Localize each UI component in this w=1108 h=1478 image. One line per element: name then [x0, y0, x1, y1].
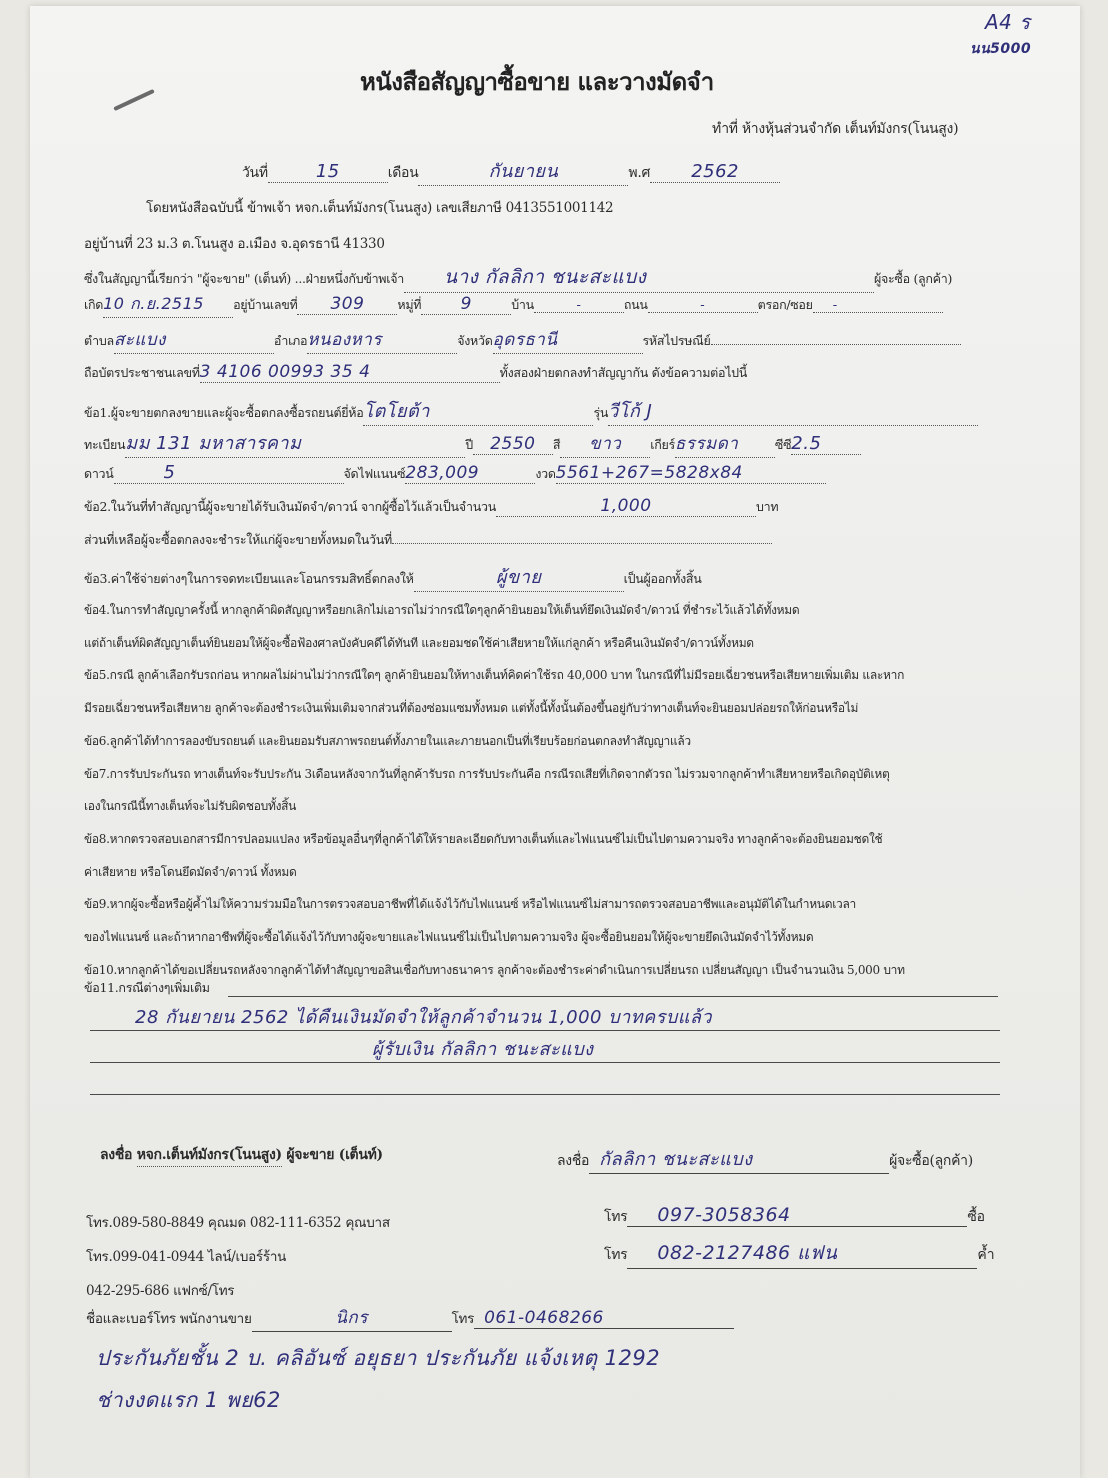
model-label: รุ่น — [593, 405, 608, 420]
day-label: วันที่ — [242, 165, 268, 181]
salesperson-phone-label: โทร — [452, 1311, 475, 1327]
plate-value: มม 131 มหาสารคาม — [125, 433, 301, 454]
clause3-label: ข้อ3.ค่าใช้จ่ายต่างๆในการจดทะเบียนและโอน… — [84, 571, 414, 586]
buyer-sign-label: ลงชื่อ — [557, 1153, 589, 1169]
month-value: กันยายน — [489, 161, 559, 182]
village-label: บ้าน — [511, 297, 534, 312]
alley-label: ตรอก/ซอย — [758, 297, 813, 312]
born-value: 10 ก.ย.2515 — [103, 294, 204, 313]
model-value: วีโก้ J — [608, 401, 652, 422]
seller-role: ผู้จะขาย (เต็นท์) — [286, 1147, 382, 1163]
gear-value: ธรรมดา — [675, 434, 738, 454]
buyer-location-row: ตำบลสะแบงอำเภอหนองหารจังหวัดอุดรธานีรหัส… — [84, 326, 961, 354]
subdistrict-label: ตำบล — [84, 333, 114, 348]
vehicle-year-value: 2550 — [490, 434, 535, 454]
made-at: ทำที่ ห้างหุ้นส่วนจำกัด เต็นท์มังกร(โนนส… — [712, 118, 958, 140]
id-suffix: ทั้งสองฝ่ายตกลงทำสัญญากัน ดังข้อความต่อไ… — [500, 365, 747, 380]
salesperson-name: นิกร — [335, 1308, 368, 1328]
clauses-list: ข้อ4.ในการทำสัญญาครั้งนี้ หากลูกค้าผิดสั… — [84, 594, 905, 986]
vehicle-year-label: ปี — [465, 437, 473, 452]
day-value: 15 — [316, 161, 340, 182]
id-value: 3 4106 00993 35 4 — [200, 362, 371, 382]
id-label: ถือบัตรประชาชนเลขที่ — [84, 365, 200, 380]
color-label: สี — [553, 437, 560, 452]
seller-contacts: โทร.089-580-8849 คุณมด 082-111-6352 คุณบ… — [86, 1206, 390, 1308]
road-value: - — [700, 297, 705, 312]
house-no-label: อยู่บ้านเลขที่ — [233, 297, 297, 312]
note-line — [90, 1094, 1000, 1095]
deposit-amount: 1,000 — [600, 496, 651, 516]
guarantor-phone-row: โทร082-2127486 แฟนค้ำ — [604, 1238, 994, 1269]
subdistrict-value: สะแบง — [114, 330, 166, 350]
color-value: ขาว — [589, 434, 621, 454]
installment-label: งวด — [535, 466, 555, 481]
buyer-name: นาง กัลลิกา ชนะสะแบง — [404, 266, 646, 288]
corner-note-line2: นน5000 — [970, 38, 1031, 60]
vehicle-brand-row: ข้อ1.ผู้จะขายตกลงขายและผู้จะซื้อตกลงซื้อ… — [84, 396, 978, 426]
province-value: อุดรธานี — [493, 330, 558, 350]
clause11-label: ข้อ11.กรณีต่างๆเพิ่มเติม — [84, 978, 210, 998]
moo-label: หมู่ที่ — [397, 297, 421, 312]
seller-intro: โดยหนังสือฉบับนี้ ข้าพเจ้า หจก.เต็นท์มัง… — [146, 196, 613, 218]
vehicle-detail-row: ทะเบียนมม 131 มหาสารคามปี2550สีขาวเกียร์… — [84, 428, 861, 458]
note-line — [228, 996, 998, 997]
buyer-name-row: ซึ่งในสัญญานี้เรียกว่า "ผู้จะขาย" (เต็นท… — [84, 262, 952, 293]
month-label: เดือน — [388, 165, 419, 181]
clause11-note-2: ผู้รับเงิน กัลลิกา ชนะสะแบง — [372, 1034, 593, 1063]
clause-line: ข้อ6.ลูกค้าได้ทำการลองขับรถยนต์ และยินยอ… — [84, 725, 905, 758]
buyer-phone-suffix: ซื้อ — [967, 1209, 984, 1225]
year-label: พ.ศ — [628, 165, 650, 181]
house-no-value: 309 — [330, 294, 364, 314]
clause2-row: ข้อ2.ในวันที่ทำสัญญานี้ผู้จะขายได้รับเงิ… — [84, 496, 778, 517]
district-label: อำเภอ — [274, 333, 307, 348]
buyer-intro-label: ซึ่งในสัญญานี้เรียกว่า "ผู้จะขาย" (เต็นท… — [84, 271, 404, 286]
vehicle-finance-row: ดาวน์5จัดไฟแนนซ์283,009งวด5561+267=5828x… — [84, 462, 826, 484]
down-value: 5 — [114, 462, 176, 483]
finance-label: จัดไฟแนนซ์ — [344, 466, 406, 481]
deposit-unit: บาท — [756, 499, 778, 514]
buyer-role: ผู้จะซื้อ(ลูกค้า) — [889, 1153, 973, 1169]
down-label: ดาวน์ — [84, 466, 114, 481]
province-label: จังหวัด — [457, 333, 492, 348]
corner-note-line1: A4 ร — [985, 6, 1031, 38]
guarantor-phone-suffix: ค้ำ — [977, 1247, 994, 1263]
date-row: วันที่15เดือนกันยายนพ.ศ2562 — [242, 156, 780, 186]
clause-line: ข้อ9.หากผู้จะซื้อหรือผู้ค้ำไม่ให้ความร่ว… — [84, 888, 905, 921]
buyer-address-row: เกิด10 ก.ย.2515อยู่บ้านเลขที่309หมู่ที่9… — [84, 292, 943, 318]
salesperson-row: ชื่อและเบอร์โทร พนักงานขายนิกรโทร061-046… — [86, 1304, 734, 1332]
service-note: ช่างงดแรก 1 พย62 — [96, 1384, 281, 1417]
remaining-row: ส่วนที่เหลือผู้จะซื้อตกลงจะชำระให้แก่ผู้… — [84, 530, 772, 550]
cc-value: 2.5 — [791, 433, 821, 454]
clause1-label: ข้อ1.ผู้จะขายตกลงขายและผู้จะซื้อตกลงซื้อ… — [84, 405, 363, 420]
clause3-value: ผู้ขาย — [496, 567, 542, 588]
clause-line: ข้อ4.ในการทำสัญญาครั้งนี้ หากลูกค้าผิดสั… — [84, 594, 905, 627]
clause-line: ข้อ8.หากตรวจสอบเอกสารมีการปลอมแปลง หรือข… — [84, 823, 905, 856]
clause-line: เองในกรณีนี้ทางเต็นท์จะไม่รับผิดชอบทั้งส… — [84, 790, 905, 823]
buyer-role-label: ผู้จะซื้อ (ลูกค้า) — [874, 271, 952, 286]
plate-label: ทะเบียน — [84, 437, 125, 452]
cc-label: ซีซี — [775, 437, 791, 452]
clause-line: ข้อ7.การรับประกันรถ ทางเต็นท์จะรับประกัน… — [84, 758, 905, 791]
district-value: หนองหาร — [307, 330, 382, 350]
guarantor-phone-label: โทร — [604, 1247, 627, 1263]
installment-value: 5561+267=5828x84 — [556, 463, 743, 483]
finance-value: 283,009 — [405, 463, 479, 483]
gear-label: เกียร์ — [650, 437, 675, 452]
seller-sign-name: หจก.เต็นท์มังกร(โนนสูง) — [137, 1144, 282, 1167]
buyer-phone-label: โทร — [604, 1209, 627, 1225]
seller-contact-line: 042-295-686 แฟกซ์/โทร — [86, 1274, 390, 1308]
postcode-label: รหัสไปรษณีย์ — [643, 333, 711, 348]
clause2-label: ข้อ2.ในวันที่ทำสัญญานี้ผู้จะขายได้รับเงิ… — [84, 499, 496, 514]
clause-line: แต่ถ้าเต็นท์ผิดสัญญาเต็นท์ยินยอมให้ผู้จะ… — [84, 627, 905, 660]
clause-line: มีรอยเฉี่ยวชนหรือเสียหาย ลูกค้าจะต้องชำร… — [84, 692, 905, 725]
moo-value: 9 — [461, 294, 472, 314]
clause11-note-1: 28 กันยายน 2562 ได้คืนเงินมัดจำให้ลูกค้า… — [135, 1002, 712, 1031]
village-value: - — [576, 297, 581, 312]
document-title: หนังสือสัญญาซื้อขาย และวางมัดจำ — [360, 62, 714, 101]
brand-value: โตโยต้า — [363, 401, 429, 422]
salesperson-phone: 061-0468266 — [474, 1308, 604, 1328]
born-label: เกิด — [84, 297, 103, 312]
alley-value: - — [813, 297, 838, 312]
seller-contact-line: โทร.089-580-8849 คุณมด 082-111-6352 คุณบ… — [86, 1206, 390, 1240]
seller-sign-label: ลงชื่อ — [100, 1147, 132, 1163]
seller-signature: ลงชื่อ หจก.เต็นท์มังกร(โนนสูง) ผู้จะขาย … — [100, 1144, 383, 1167]
seller-address: อยู่บ้านที่ 23 ม.3 ต.โนนสูง อ.เมือง จ.อุ… — [84, 232, 385, 254]
buyer-phone: 097-3058364 — [627, 1204, 790, 1226]
road-label: ถนน — [624, 297, 648, 312]
clause-line: ของไฟแนนซ์ และถ้าหากอาชีพที่ผู้จะซื้อได้… — [84, 921, 905, 954]
buyer-signature: ลงชื่อกัลลิกา ชนะสะแบงผู้จะซื้อ(ลูกค้า) — [557, 1144, 973, 1174]
seller-contact-line: โทร.099-041-0944 ไลน์/เบอร์ร้าน — [86, 1240, 390, 1274]
clause3-row: ข้อ3.ค่าใช้จ่ายต่างๆในการจดทะเบียนและโอน… — [84, 562, 702, 592]
year-value: 2562 — [691, 161, 739, 182]
insurance-note: ประกันภัยชั้น 2 บ. คลิอันซ์ อยุธยา ประกั… — [96, 1342, 660, 1375]
buyer-phone-row: โทร097-3058364ซื้อ — [604, 1204, 985, 1228]
guarantor-phone: 082-2127486 แฟน — [627, 1242, 837, 1264]
clause3-suffix: เป็นผู้ออกทั้งสิ้น — [624, 571, 702, 586]
buyer-sign-value: กัลลิกา ชนะสะแบง — [589, 1149, 752, 1170]
clause-line: ค่าเสียหาย หรือโดนยึดมัดจำ/ดาวน์ ทั้งหมด — [84, 856, 905, 889]
clause-line: ข้อ5.กรณี ลูกค้าเลือกรับรถก่อน หากผลไม่ผ… — [84, 659, 905, 692]
buyer-id-row: ถือบัตรประชาชนเลขที่3 4106 00993 35 4ทั้… — [84, 362, 747, 383]
remaining-label: ส่วนที่เหลือผู้จะซื้อตกลงจะชำระให้แก่ผู้… — [84, 532, 392, 547]
salesperson-label: ชื่อและเบอร์โทร พนักงานขาย — [86, 1311, 252, 1327]
